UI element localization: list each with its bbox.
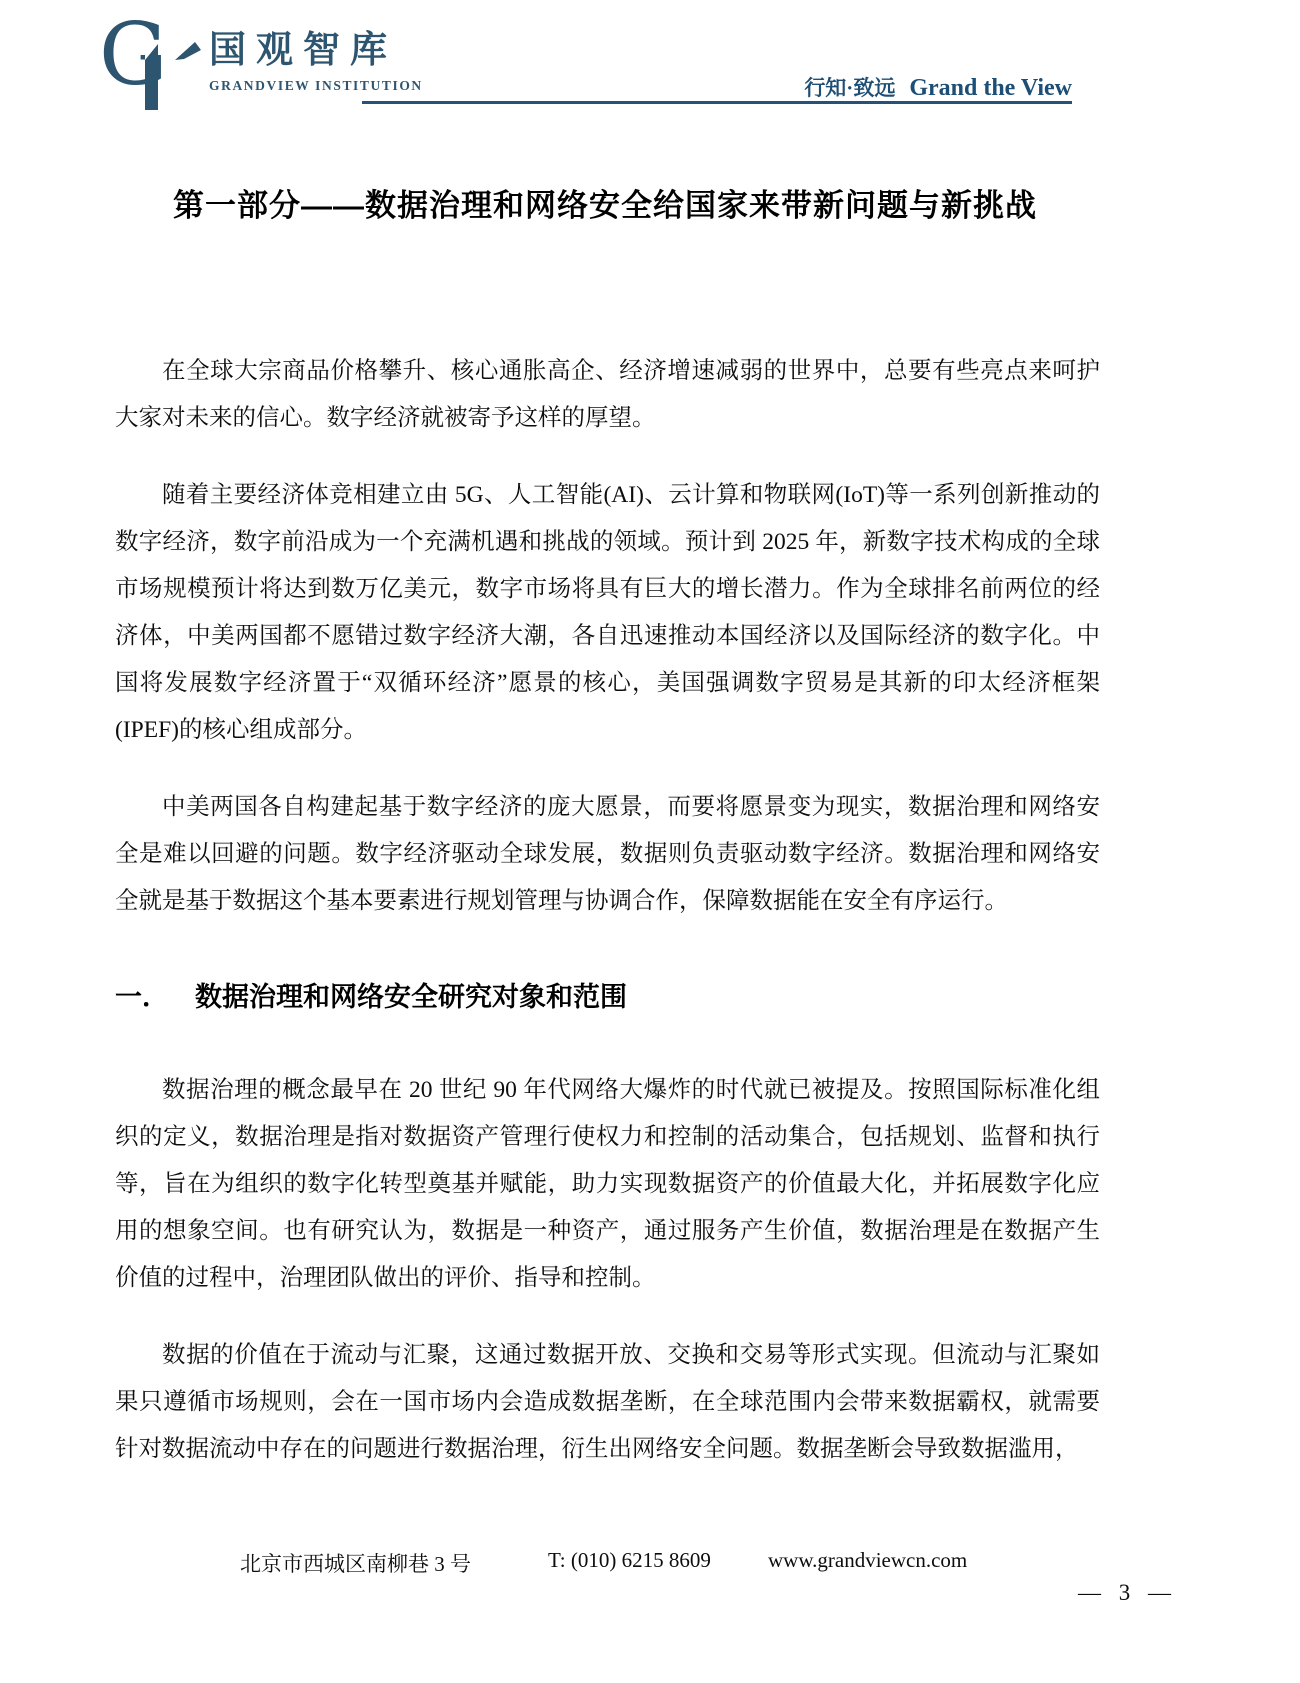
section-title: 数据治理和网络安全研究对象和范围	[195, 982, 627, 1012]
paragraph: 数据的价值在于流动与汇聚，这通过数据开放、交换和交易等形式实现。但流动与汇聚如果…	[115, 1332, 1100, 1473]
footer-address: 北京市西城区南柳巷 3 号	[240, 1548, 471, 1578]
paragraph: 随着主要经济体竞相建立由 5G、人工智能(AI)、云计算和物联网(IoT)等一系…	[115, 472, 1100, 754]
document-page: G 国观智库 GRANDVIEW INSTITUTION 行知·致远 Grand…	[0, 0, 1300, 1683]
paragraph: 数据治理的概念最早在 20 世纪 90 年代网络大爆炸的时代就已被提及。按照国际…	[115, 1067, 1100, 1302]
footer-phone: T: (010) 6215 8609	[548, 1548, 711, 1573]
logo-text: 国观智库 GRANDVIEW INSTITUTION	[209, 28, 423, 94]
grandview-g-logo-icon: G	[103, 18, 167, 116]
footer-website-link[interactable]: www.grandviewcn.com	[768, 1548, 967, 1573]
paragraph: 在全球大宗商品价格攀升、核心通胀高企、经济增速减弱的世界中，总要有些亮点来呵护大…	[115, 348, 1100, 442]
page-footer: 北京市西城区南柳巷 3 号 T: (010) 6215 8609 www.gra…	[0, 1548, 1300, 1578]
slogan-english: Grand the View	[909, 75, 1072, 101]
header-divider-line	[362, 101, 1072, 104]
arrow-icon	[175, 40, 203, 62]
page-title: 第一部分——数据治理和网络安全给国家来带新问题与新挑战	[110, 180, 1100, 225]
page-number: — 3 —	[1078, 1580, 1177, 1606]
paragraph: 中美两国各自构建起基于数字经济的庞大愿景，而要将愿景变为现实，数据治理和网络安全…	[115, 784, 1100, 925]
document-body: 在全球大宗商品价格攀升、核心通胀高企、经济增速减弱的世界中，总要有些亮点来呵护大…	[115, 348, 1100, 1503]
page-header: G 国观智库 GRANDVIEW INSTITUTION 行知·致远 Grand…	[0, 0, 1300, 130]
logo-name-chinese: 国观智库	[209, 28, 423, 72]
section-number: 一．	[115, 982, 169, 1012]
section-heading: 一．数据治理和网络安全研究对象和范围	[115, 977, 1100, 1017]
logo-name-english: GRANDVIEW INSTITUTION	[209, 78, 423, 94]
header-slogan: 行知·致远 Grand the View	[804, 72, 1072, 102]
slogan-chinese: 行知·致远	[804, 76, 895, 100]
